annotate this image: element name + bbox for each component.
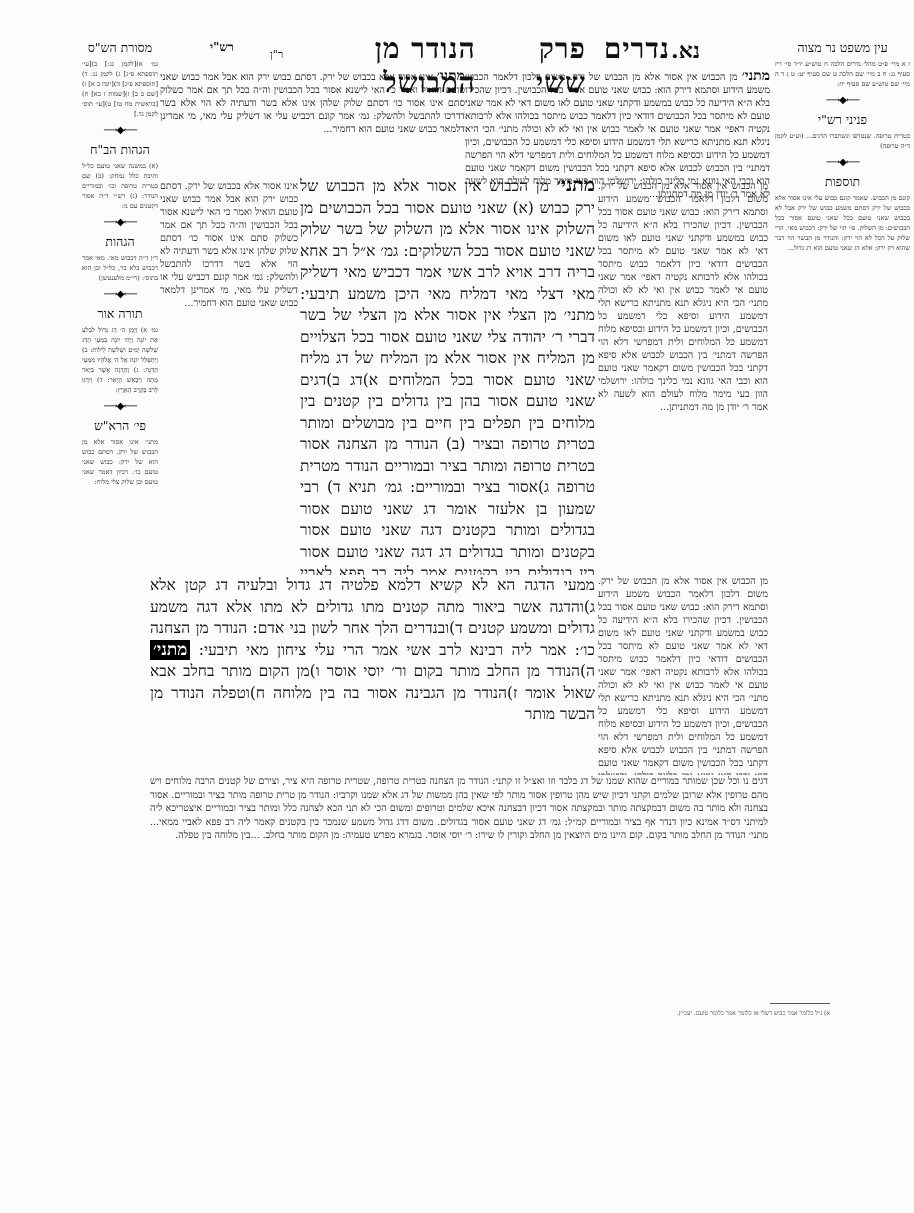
ornament-divider-icon: ⟵◆⟶	[775, 157, 910, 168]
rif-lead-word: מתני׳	[742, 68, 770, 84]
hagahot-title: הגהות	[82, 234, 158, 249]
masoret-hashas-text: גמ׳ א)[לקמן נג:] ב)[עי׳ תוספתא פ״ג] ג) ל…	[82, 59, 158, 119]
page-header: נדרים פרק ששי הנודר מן המבושל ר"ן	[270, 32, 670, 72]
ornament-divider-icon: ⟵◆⟶	[775, 95, 910, 106]
torah-ohr-text: גמ׳ א) וַיְמַן ה׳ דָּג גָּדוֹל לִבְלֹעַ …	[82, 325, 158, 395]
rif-side-column: מן הכבוש אין אסור אלא מן הכבוש של ירק. מ…	[598, 180, 768, 570]
masoret-hashas-title: מסורת הש"ס	[82, 40, 158, 55]
rashi-column-header: רש"י	[210, 40, 234, 55]
mishnah-highlight-marker: מתני׳	[150, 640, 190, 660]
pninei-rashi-text: בטרית טרופה. שנטרפו ונשתברו הדגים... (וע…	[775, 131, 910, 151]
ran-lead-word: מתני׳	[437, 70, 465, 84]
hagahot-text: ר״ן ד״ה דכבוש מאי. מאי אמר דכבוש בלא בר,…	[82, 253, 158, 283]
page-number: נא.	[640, 38, 700, 64]
hagahot-bach-text: (א) במשנה שאני טועם כל״ל ותיבת כלל נמחק:…	[82, 161, 158, 211]
mishnah-lead-word: מתני׳	[557, 175, 595, 196]
gemara-text-before: ממעי הדגה הא לא קשיא דלמא פלטיה דג גדול …	[150, 576, 595, 659]
ran-side-column: אינו אסור אלא בכבוש של ירק. דסתם כבוש יר…	[160, 180, 298, 570]
footnote-rule	[770, 1003, 830, 1004]
ein-mishpat-text: ז א מיי׳ פ״ט מהל׳ נדרים הלכה ח טוש״ע יו״…	[775, 59, 910, 89]
tosafot-title: תוספות	[775, 174, 910, 189]
gemara-text-after: ה)הנודר מן החלב מותר בקום ור׳ יוסי אוסר …	[150, 662, 595, 723]
ran-text: אינו אסור אלא בכבוש של ירק. דסתם כבוש יר…	[160, 72, 465, 135]
rosh-title: פי׳ הרא"ש	[82, 418, 158, 433]
footnote: א) נ״ל כלומר אמר כבוש דשלי או כלומר אמר …	[500, 1010, 830, 1017]
gemara-text: מן הכבוש אין אסור אלא מן הכבוש של ירק כב…	[300, 177, 595, 575]
tosafot-text: קונם מן הכבוש. שאמר קונם כבוש עלי אינו א…	[775, 193, 910, 833]
rosh-text: מתני׳ אינו אסור אלא מן הכבוש של ירק. דסת…	[82, 437, 158, 777]
ein-mishpat-title: עין משפט נר מצוה	[775, 40, 910, 55]
ran-commentary: מתני׳ אינו אסור אלא בכבוש של ירק. דסתם כ…	[160, 70, 465, 175]
ran-label: ר"ן	[270, 48, 283, 61]
hagahot-bach-title: הגהות הב"ח	[82, 142, 158, 157]
ornament-divider-icon: ⟵◆⟶	[82, 401, 158, 412]
torah-ohr-title: תורה אור	[82, 306, 158, 321]
left-margin: מסורת הש"ס גמ׳ א)[לקמן נג:] ב)[עי׳ תוספת…	[82, 40, 158, 777]
gemara-main-text: מתני׳ מן הכבוש אין אסור אלא מן הכבוש של …	[300, 175, 595, 575]
gemara-continuation: ממעי הדגה הא לא קשיא דלמא פלטיה דג גדול …	[150, 575, 595, 726]
rif-lower-column: מן הכבוש אין אסור אלא מן הכבוש של ירק. מ…	[598, 575, 768, 775]
ornament-divider-icon: ⟵◆⟶	[82, 289, 158, 300]
pninei-rashi-title: פניני רש"י	[775, 112, 910, 127]
ornament-divider-icon: ⟵◆⟶	[82, 125, 158, 136]
ran-bottom-commentary: דגים נו וכל שכן שמותר במוריים שהוא שמנו …	[150, 775, 768, 990]
right-margin: עין משפט נר מצוה ז א מיי׳ פ״ט מהל׳ נדרים…	[775, 40, 910, 833]
ornament-divider-icon: ⟵◆⟶	[82, 217, 158, 228]
